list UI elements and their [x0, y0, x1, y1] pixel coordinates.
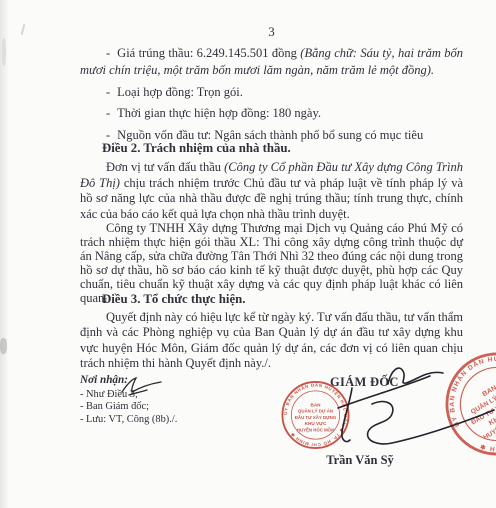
list-item-contract-duration: -Thời gian thực hiện hợp đồng: 180 ngày. [80, 105, 463, 122]
bullet-dash: - [106, 106, 117, 120]
bullet-dash: - [106, 46, 117, 60]
article-2-p1-pre: Đơn vị tư vấn đấu thầu [106, 160, 224, 174]
bid-details-list: -Giá trúng thầu: 6.249.145.501 đồng (Bằn… [80, 45, 463, 148]
bullet-dash: - [106, 85, 117, 99]
handwritten-check-mark [117, 375, 165, 399]
article-2-paragraph-1: Đơn vị tư vấn đấu thầu (Công ty Cổ phần … [80, 160, 463, 222]
list-item-bid-price: -Giá trúng thầu: 6.249.145.501 đồng (Bằn… [80, 45, 463, 79]
contract-type-text: Loại hợp đồng: Trọn gói. [117, 85, 243, 99]
recipient-item: - Lưu: VT, Công (8b)./. [80, 414, 177, 427]
scan-edge-shadow [0, 0, 9, 508]
article-2-heading: Điều 2. Trách nhiệm của nhà thầu. [80, 140, 485, 156]
scan-speck [2, 38, 6, 66]
scan-pencil-mark [21, 24, 26, 35]
recipient-item: - Ban Giám đốc; [80, 401, 177, 414]
article-2-p1-post: chịu trách nhiệm trước Chủ đầu tư và phá… [80, 176, 463, 221]
bid-price-text: Giá trúng thầu: 6.249.145.501 đồng [117, 46, 300, 60]
contract-duration-text: Thời gian thực hiện hợp đồng: 180 ngày. [117, 106, 321, 120]
page-number: 3 [80, 24, 463, 40]
article-3-heading: Điều 3. Tổ chức thực hiện. [80, 291, 485, 307]
list-item-contract-type: -Loại hợp đồng: Trọn gói. [80, 84, 463, 101]
document-page: 3 -Giá trúng thầu: 6.249.145.501 đồng (B… [0, 0, 496, 508]
handwritten-signature [280, 352, 496, 460]
scan-speck [0, 338, 7, 354]
